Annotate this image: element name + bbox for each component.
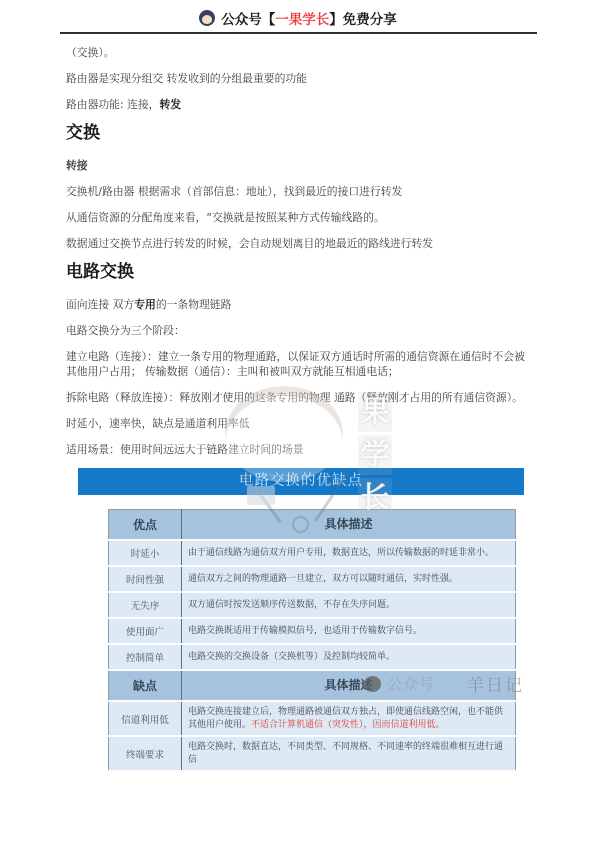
advantage-desc: 通信双方之间的物理通路一旦建立，双方可以随时通信，实时性强。 [182, 566, 516, 592]
circuit-1-bold: 专用 [134, 298, 156, 311]
circuit-1-text: 面向连接 双方 [66, 298, 134, 311]
header-title-suffix: 】免费分享 [329, 12, 397, 28]
router-roles-bold: 转发 [159, 98, 181, 111]
table-row: 使用面广 电路交换既适用于传输模拟信号，也适用于传输数字信号。 [109, 618, 516, 644]
table-row: 无失序 双方通信时按发送顺序传送数据，不存在失序问题。 [109, 592, 516, 618]
paragraph-circuit-6: 适用场景：使用时间远远大于链路建立时间的场景 [66, 442, 534, 457]
account-avatar-icon [199, 10, 215, 26]
section-title-circuit-switching: 电路交换 [66, 262, 534, 283]
advantage-desc: 双方通信时按发送顺序传送数据，不存在失序问题。 [182, 592, 516, 618]
circuit-switching-pros-cons-table: 优点 具体描述 时延小 由于通信线路为通信双方用户专用，数据直达，所以传输数据的… [108, 509, 516, 772]
table-row: 信道利用低 电路交换连接建立后，物理通路被通信双方独占，即使通信线路空闲，也不能… [109, 701, 516, 736]
table-header-disadvantages: 缺点 具体描述 [109, 670, 516, 701]
paragraph-switch-note: （交换）。 [66, 45, 534, 60]
router-roles-text: 路由器功能: 连接， [66, 98, 159, 111]
disadvantage-desc: 电路交换时，数据直达，不同类型、不同规格、不同速率的终端很难相互进行通信 [182, 736, 516, 771]
paragraph-circuit-4: 拆除电路（释放连接）：释放刚才使用的这条专用的物理 通路（释放刚才占用的所有通信… [66, 390, 534, 405]
disadvantage-label: 终端要求 [109, 736, 182, 771]
header-cell-description: 具体描述 [182, 670, 516, 701]
disadvantage-desc: 电路交换连接建立后，物理通路被通信双方独占，即使通信线路空闲，也不能供其他用户使… [182, 701, 516, 736]
header-account-name: 一果学长 [275, 12, 329, 28]
advantage-label: 无失序 [109, 592, 182, 618]
header-cell-description: 具体描述 [182, 510, 516, 541]
subheading-relay: 转接 [66, 158, 534, 173]
document-body: （交换）。 路由器是实现分组交 转发收到的分组最重要的功能 路由器功能: 连接，… [0, 34, 596, 772]
advantage-desc: 由于通信线路为通信双方用户专用，数据直达，所以传输数据的时延非常小。 [182, 540, 516, 566]
paragraph-circuit-2: 电路交换分为三个阶段： [66, 323, 534, 338]
circuit-1-suffix: 的一条物理链路 [156, 298, 232, 311]
table-header-advantages: 优点 具体描述 [109, 510, 516, 541]
paragraph-circuit-5: 时延小，速率快，缺点是通道利用率低 [66, 416, 534, 431]
advantage-label: 控制简单 [109, 644, 182, 670]
paragraph-circuit-1: 面向连接 双方专用的一条物理链路 [66, 297, 534, 312]
advantage-desc: 电路交换既适用于传输模拟信号，也适用于传输数字信号。 [182, 618, 516, 644]
paragraph-circuit-3: 建立电路（连接）：建立一条专用的物理通路，以保证双方通话时所需的通信资源在通信时… [66, 349, 534, 379]
advantage-label: 时间性强 [109, 566, 182, 592]
paragraph-switching-2: 从通信资源的分配角度来看，“交换就是按照某种方式传输线路的。 [66, 210, 534, 225]
disadvantage-desc-highlight: 不适合计算机通信（突发性），因而信道利用低。 [251, 720, 445, 730]
advantage-label: 使用面广 [109, 618, 182, 644]
header-cell-disadvantages: 缺点 [109, 670, 182, 701]
table-row: 时延小 由于通信线路为通信双方用户专用，数据直达，所以传输数据的时延非常小。 [109, 540, 516, 566]
header-title: 公众号【一果学长】免费分享 [221, 8, 397, 28]
section-title-switching: 交换 [66, 123, 534, 144]
header-cell-advantages: 优点 [109, 510, 182, 541]
advantage-desc: 电路交换的交换设备（交换机等）及控制均较简单。 [182, 644, 516, 670]
banner-circuit-pros-cons: 电路交换的优缺点 [78, 468, 524, 495]
table-row: 时间性强 通信双方之间的物理通路一旦建立，双方可以随时通信，实时性强。 [109, 566, 516, 592]
disadvantage-label: 信道利用低 [109, 701, 182, 736]
paragraph-router-function: 路由器是实现分组交 转发收到的分组最重要的功能 [66, 71, 534, 86]
paragraph-switching-1: 交换机/路由器 根据需求（首部信息：地址），找到最近的接口进行转发 [66, 184, 534, 199]
paragraph-router-roles: 路由器功能: 连接，转发 [66, 97, 534, 112]
document-page: 公众号【一果学长】免费分享 （交换）。 路由器是实现分组交 转发收到的分组最重要… [0, 0, 596, 842]
paragraph-switching-3: 数据通过交换节点进行转发的时候，会自动规划离目的地最近的路线进行转发 [66, 236, 534, 251]
table-row: 控制简单 电路交换的交换设备（交换机等）及控制均较简单。 [109, 644, 516, 670]
advantage-label: 时延小 [109, 540, 182, 566]
table-row: 终端要求 电路交换时，数据直达，不同类型、不同规格、不同速率的终端很难相互进行通… [109, 736, 516, 771]
header-title-prefix: 公众号【 [221, 12, 275, 28]
page-header: 公众号【一果学长】免费分享 [0, 0, 596, 29]
